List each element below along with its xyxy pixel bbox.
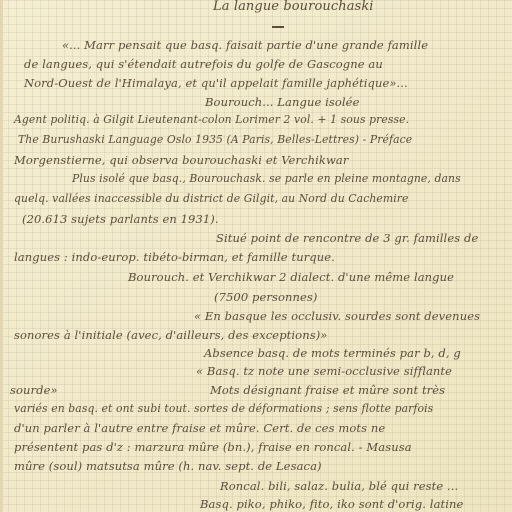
title-separator xyxy=(272,26,284,28)
text-line-17: Absence basq. de mots terminés par b, d,… xyxy=(204,346,461,360)
text-line-11: Situé point de rencontre de 3 gr. famill… xyxy=(216,231,478,245)
text-line-18: « Basq. tz note une semi-occlusive siffl… xyxy=(196,364,452,378)
text-line-20: Mots désignant fraise et mûre sont très xyxy=(210,383,445,397)
text-line-2: de langues, qui s'étendait autrefois du … xyxy=(24,57,383,71)
text-line-15: « En basque les occlusiv. sourdes sont d… xyxy=(194,309,480,323)
text-line-13: Bourouch. et Verchikwar 2 dialect. d'une… xyxy=(128,270,454,284)
text-line-12: langues : indo-europ. tibéto-birman, et … xyxy=(14,250,335,264)
text-line-10: (20.613 sujets parlants en 1931). xyxy=(22,212,219,226)
text-line-3: Nord-Ouest de l'Himalaya, et qu'il appel… xyxy=(24,76,408,90)
text-line-21: variés en basq. et ont subi tout. sortes… xyxy=(14,402,433,416)
text-line-16: sonores à l'initiale (avec, d'ailleurs, … xyxy=(14,328,327,342)
text-line-26: Basq. piko, phiko, fito, iko sont d'orig… xyxy=(200,497,463,511)
page-title: La langue bourouchaski xyxy=(213,0,374,14)
text-line-24: mûre (soul) matsutsa mûre (h. nav. sept.… xyxy=(14,459,322,473)
handwritten-page: La langue bourouchaski «... Marr pensait… xyxy=(0,0,512,512)
text-line-4: Bourouch... Langue isolée xyxy=(205,95,360,109)
paper-edge xyxy=(0,0,3,512)
text-line-8: Plus isolé que basq., Bourouchask. se pa… xyxy=(72,172,461,186)
text-line-23: présentent pas d'z : marzura mûre (bn.),… xyxy=(14,440,412,454)
text-line-7: Morgenstierne, qui observa bourouchaski … xyxy=(14,153,348,167)
text-line-9: quelq. vallées inaccessible du district … xyxy=(14,192,409,206)
text-line-25: Roncal. bili, salaz. bulia, blé qui rest… xyxy=(220,479,458,493)
text-line-1: «... Marr pensait que basq. faisait part… xyxy=(62,38,428,52)
text-line-22: d'un parler à l'autre entre fraise et mû… xyxy=(14,421,385,435)
text-line-14: (7500 personnes) xyxy=(214,290,318,304)
text-line-19: sourde» xyxy=(10,383,58,397)
text-line-6: The Burushaski Language Oslo 1935 (A Par… xyxy=(18,133,412,147)
text-line-5: Agent politiq. à Gilgit Lieutenant-colon… xyxy=(14,113,409,127)
